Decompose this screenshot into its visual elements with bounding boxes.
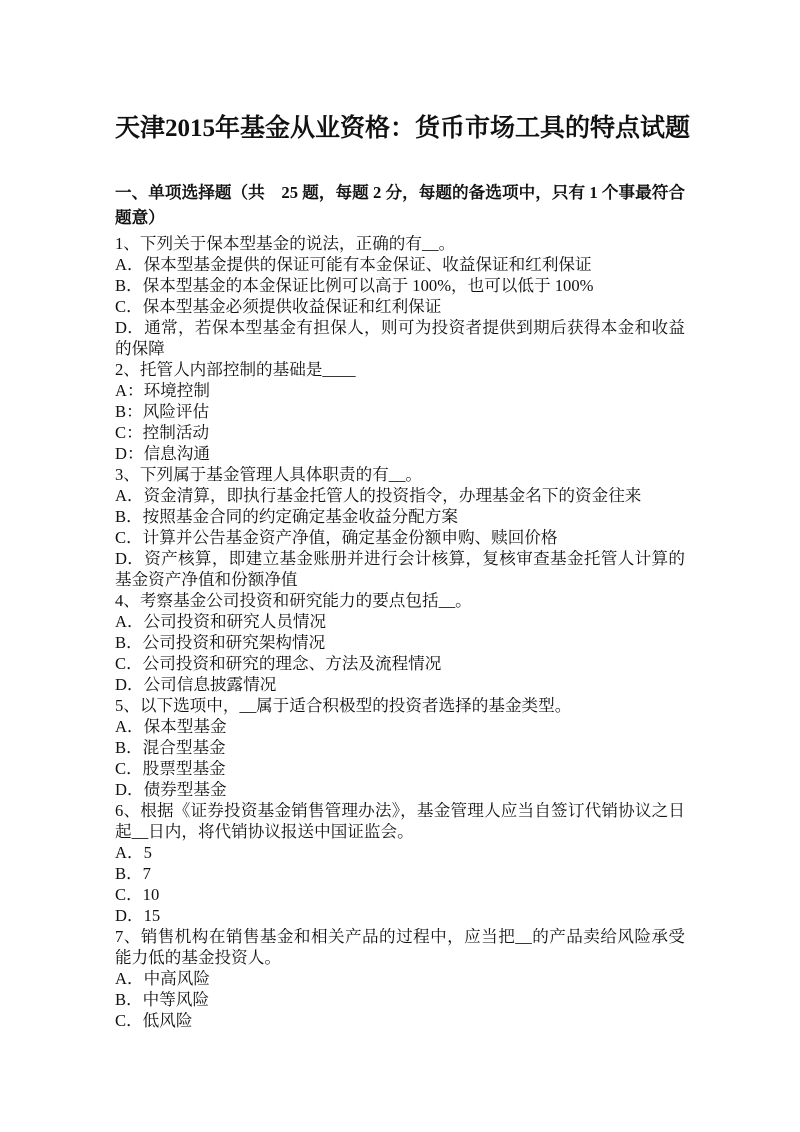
question-option: D．公司信息披露情况 <box>115 674 685 695</box>
question-block-2: 2、托管人内部控制的基础是____ A：环境控制 B：风险评估 C：控制活动 D… <box>115 359 685 464</box>
question-option: B．保本型基金的本金保证比例可以高于 100%，也可以低于 100% <box>115 275 685 296</box>
question-stem: 2、托管人内部控制的基础是____ <box>115 359 685 380</box>
question-stem: 6、根据《证券投资基金销售管理办法》，基金管理人应当自签订代销协议之日起__日内… <box>115 800 685 842</box>
question-option: C．低风险 <box>115 1010 685 1031</box>
question-stem: 5、以下选项中，__属于适合积极型的投资者选择的基金类型。 <box>115 695 685 716</box>
question-option: D．通常，若保本型基金有担保人，则可为投资者提供到期后获得本金和收益的保障 <box>115 317 685 359</box>
question-option: A．中高风险 <box>115 968 685 989</box>
question-option: B．混合型基金 <box>115 737 685 758</box>
question-option: B．中等风险 <box>115 989 685 1010</box>
question-option: B：风险评估 <box>115 401 685 422</box>
question-option: C：控制活动 <box>115 422 685 443</box>
question-option: D．15 <box>115 905 685 926</box>
question-block-7: 7、销售机构在销售基金和相关产品的过程中，应当把__的产品卖给风险承受能力低的基… <box>115 926 685 1031</box>
question-option: B．7 <box>115 863 685 884</box>
question-stem: 4、考察基金公司投资和研究能力的要点包括__。 <box>115 590 685 611</box>
question-stem: 1、下列关于保本型基金的说法，正确的有__。 <box>115 233 685 254</box>
question-option: D：信息沟通 <box>115 443 685 464</box>
question-option: C．保本型基金必须提供收益保证和红利保证 <box>115 296 685 317</box>
question-option: B．公司投资和研究架构情况 <box>115 632 685 653</box>
question-option: A．保本型基金提供的保证可能有本金保证、收益保证和红利保证 <box>115 254 685 275</box>
question-option: A．公司投资和研究人员情况 <box>115 611 685 632</box>
question-option: C．10 <box>115 884 685 905</box>
exam-document-page: 天津2015年基金从业资格：货币市场工具的特点试题 一、单项选择题（共 25 题… <box>0 0 800 1132</box>
question-option: A：环境控制 <box>115 380 685 401</box>
question-block-1: 1、下列关于保本型基金的说法，正确的有__。 A．保本型基金提供的保证可能有本金… <box>115 233 685 359</box>
document-content: 天津2015年基金从业资格：货币市场工具的特点试题 一、单项选择题（共 25 题… <box>115 0 685 1031</box>
question-option: A．资金清算，即执行基金托管人的投资指令，办理基金名下的资金往来 <box>115 485 685 506</box>
question-option: A．5 <box>115 842 685 863</box>
question-stem: 7、销售机构在销售基金和相关产品的过程中，应当把__的产品卖给风险承受能力低的基… <box>115 926 685 968</box>
question-stem: 3、下列属于基金管理人具体职责的有__。 <box>115 464 685 485</box>
question-block-4: 4、考察基金公司投资和研究能力的要点包括__。 A．公司投资和研究人员情况 B．… <box>115 590 685 695</box>
question-block-5: 5、以下选项中，__属于适合积极型的投资者选择的基金类型。 A．保本型基金 B．… <box>115 695 685 800</box>
question-option: C．计算并公告基金资产净值，确定基金份额申购、赎回价格 <box>115 527 685 548</box>
question-option: C．股票型基金 <box>115 758 685 779</box>
question-option: B．按照基金合同的约定确定基金收益分配方案 <box>115 506 685 527</box>
section-header: 一、单项选择题（共 25 题，每题 2 分，每题的备选项中，只有 1 个事最符合… <box>115 180 685 230</box>
question-block-3: 3、下列属于基金管理人具体职责的有__。 A．资金清算，即执行基金托管人的投资指… <box>115 464 685 590</box>
question-option: D．资产核算，即建立基金账册并进行会计核算，复核审查基金托管人计算的基金资产净值… <box>115 548 685 590</box>
question-list: 1、下列关于保本型基金的说法，正确的有__。 A．保本型基金提供的保证可能有本金… <box>115 233 685 1031</box>
exam-title: 天津2015年基金从业资格：货币市场工具的特点试题 <box>115 112 685 146</box>
question-option: D．债券型基金 <box>115 779 685 800</box>
question-option: A．保本型基金 <box>115 716 685 737</box>
question-block-6: 6、根据《证券投资基金销售管理办法》，基金管理人应当自签订代销协议之日起__日内… <box>115 800 685 926</box>
question-option: C．公司投资和研究的理念、方法及流程情况 <box>115 653 685 674</box>
